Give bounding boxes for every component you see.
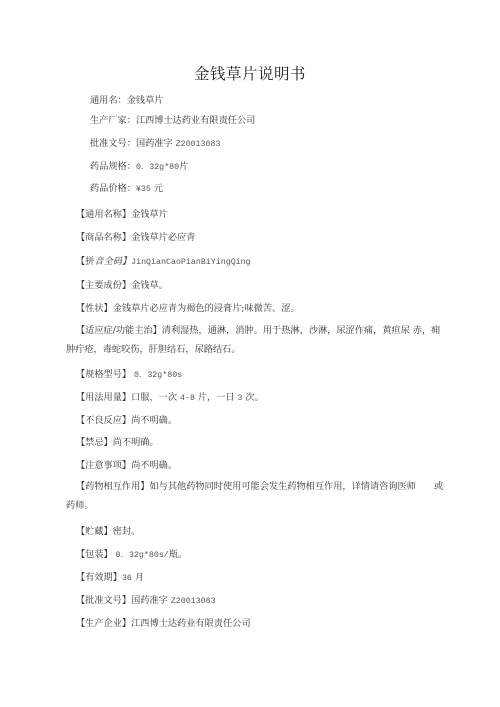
specification-line: 药品规格：0．32g*80片 [90,161,188,174]
section-label: 【商品名称】 [76,232,131,243]
section-label: 【拼 [76,256,94,267]
code: Z20013083 [171,597,216,606]
section-value: 尚不明确。 [131,415,177,426]
section-value: 尚不明确。 [131,460,177,471]
section-precautions: 【注意事项】尚不明确。 [76,460,177,472]
section-label: 【批准文号】 [76,595,131,606]
label: 生产厂家： [90,115,136,126]
section-value: 金钱草。 [131,280,168,291]
section-generic-name: 【通用名称】金钱草片 [76,209,168,221]
code: Z20013083 [176,140,221,149]
section-value: 国药准字 [131,595,168,606]
section-label: 【通用名称】 [76,209,131,220]
value: 金钱草片 [127,95,164,106]
section-label: 【包装】 [76,549,113,560]
section-indications: 【适应症/功能主治】清利湿热，通淋，消肿。用于热淋，沙淋，尿涩作痛，黄疸尿 赤，… [66,321,446,359]
section-value: 尚不明确。 [113,437,159,448]
section-label: 【禁忌】 [76,437,113,448]
section-interactions: 【药物相互作用】如与其他药物同时使用可能会发生药物相互作用，详情请咨询医师或药师… [66,477,446,515]
label: 通用名： [90,95,127,106]
section-properties: 【性状】金钱草片必应青为褐色的浸膏片;味微苦、涩。 [76,303,300,315]
price-line: 药品价格：¥35 元 [90,183,163,196]
section-adverse-reactions: 【不良反应】尚不明确。 [76,415,177,427]
label: 药品规格： [90,161,136,172]
approval-number-line: 批准文号：国药准字 Z20013083 [90,138,220,151]
section-label-italic: 音全码】 [94,256,131,267]
section-label: 【性状】 [76,303,113,314]
section-trade-name: 【商品名称】金钱草片必应青 [76,232,195,244]
section-expiry: 【有效期】36 月 [76,572,144,585]
section-value: 金钱草片必应青为褐色的浸膏片;味微苦、涩。 [113,303,300,314]
section-label: 【药物相互作用】 [76,481,150,492]
code: 36 [122,574,132,583]
code: 4-8 [180,394,195,403]
section-contraindications: 【禁忌】尚不明确。 [76,437,159,449]
suffix: 月 [135,572,144,583]
section-label: 【有效期】 [76,572,122,583]
generic-name-line: 通用名：金钱草片 [90,95,164,107]
label: 批准文号： [90,138,136,149]
section-manufacturer: 【生产企业】江西博士达药业有限责任公司 [76,618,251,630]
section-packaging: 【包装】 0．32g*80s/瓶。 [76,549,187,562]
value-start: 如与其他药物同时使用可能会发生药物相互作用，详情请咨询医师 [150,481,416,492]
section-label: 【注意事项】 [76,460,131,471]
value: 国药准字 [136,138,173,149]
code: 0．32g*80s [134,371,182,380]
section-label: 【不良反应】 [76,415,131,426]
section-ingredients: 【主要成份】金钱草。 [76,280,168,292]
value-end: 次。 [245,392,263,403]
suffix: 瓶。 [169,549,187,560]
value-start: 口服，一次 [131,392,177,403]
section-label: 【贮藏】 [76,526,113,537]
section-value: 密封。 [113,526,141,537]
section-storage: 【贮藏】密封。 [76,526,140,538]
section-value: 金钱草片 [131,209,168,220]
section-pinyin: 【拼音全码】JinQianCaoPianBiYingQing [76,256,251,269]
code: 0．32g*80s/ [116,551,169,560]
value-mid: 片，一日 [198,392,235,403]
section-approval-number: 【批准文号】国药准字 Z20013083 [76,595,216,608]
label: 药品价格： [90,183,136,194]
section-label: 【主要成份】 [76,280,131,291]
code: 0．32g*80 [136,163,179,172]
section-label: 【用法用量】 [76,392,131,403]
code2: 3 [238,394,243,403]
section-label: 【规格型号】 [76,369,131,380]
manufacturer-line: 生产厂家：江西博士达药业有限责任公司 [90,115,255,127]
section-label: 【生产企业】 [76,618,131,629]
code: ¥35 [136,185,151,194]
section-label: 【适应症/功能主治】 [76,325,162,336]
section-model: 【规格型号】 0．32g*80s [76,369,182,382]
value: 江西博士达药业有限责任公司 [136,115,255,126]
suffix: 片 [179,161,188,172]
section-value: 金钱草片必应青 [131,232,195,243]
pinyin-code: JinQianCaoPianBiYingQing [131,258,251,267]
section-dosage: 【用法用量】口服，一次 4-8 片，一日 3 次。 [76,392,264,405]
document-title: 金钱草片说明书 [0,62,500,84]
section-value: 江西博士达药业有限责任公司 [131,618,250,629]
suffix: 元 [154,183,163,194]
